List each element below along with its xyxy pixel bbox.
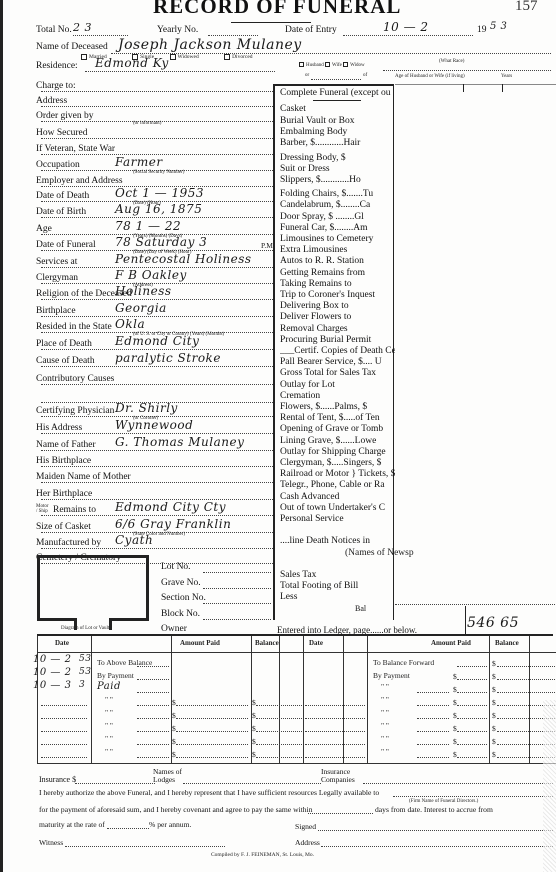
field-value[interactable]: Georgia	[115, 301, 167, 315]
ledger-desc-field[interactable]	[137, 679, 169, 680]
amount-paid-field[interactable]	[457, 666, 487, 667]
amount-paid-field[interactable]	[457, 692, 487, 693]
ditto-mark: " "	[381, 695, 389, 704]
field-label: Size of Casket	[36, 522, 91, 532]
charge-item[interactable]: Clergyman, $.....Singers, $	[280, 458, 395, 468]
ledger-desc-field[interactable]	[417, 744, 449, 745]
ditto-mark: " "	[381, 734, 389, 743]
field-value[interactable]: Holiness	[115, 284, 172, 298]
motor-ship-prefix: Motor / Ship	[36, 504, 50, 514]
ditto-mark: " "	[105, 747, 113, 756]
days-field[interactable]	[308, 813, 373, 814]
field-value[interactable]: F B Oakley	[115, 268, 187, 282]
field-label: How Secured	[36, 128, 87, 138]
lot-diagram	[37, 555, 149, 621]
interest-rate-field[interactable]	[107, 828, 149, 829]
field-label: Occupation	[36, 160, 80, 170]
ledger-desc-field[interactable]	[417, 692, 449, 693]
field-label: Maiden Name of Mother	[36, 472, 131, 482]
amount-paid-field[interactable]	[457, 705, 487, 706]
currency-symbol: $	[492, 750, 496, 759]
spouse-of-label: of	[363, 73, 367, 78]
age-spouse-label: Age of Husband or Wife (if living)	[395, 74, 465, 79]
field-input-line[interactable]	[41, 299, 273, 300]
divorced-checkbox[interactable]: Divorced	[224, 54, 252, 60]
charges-header: Complete Funeral (except ou	[280, 88, 395, 98]
lodges-field[interactable]	[183, 783, 321, 784]
amount-paid-field[interactable]	[457, 679, 487, 680]
diagram-caption: Diagram of Lot or Vault	[61, 626, 109, 631]
charge-item[interactable]: Flowers, $......Palms, $	[280, 402, 395, 412]
signature-field[interactable]	[318, 830, 553, 831]
ditto-mark: " "	[381, 708, 389, 717]
amount-paid-field[interactable]	[176, 731, 248, 732]
balance-field[interactable]	[256, 731, 302, 732]
charge-item[interactable]: Lining Grave, $......Lowe	[280, 436, 395, 446]
charge-item[interactable]: Gross Total for Sales Tax	[280, 368, 395, 378]
amount-paid-field[interactable]	[176, 718, 248, 719]
right-date-field[interactable]	[305, 718, 365, 719]
ledger-column-header: Date	[55, 639, 69, 647]
field-value[interactable]: Edmond City	[115, 334, 199, 348]
field-input-line[interactable]	[41, 316, 273, 317]
balance-total-value[interactable]: 546 65	[467, 615, 519, 631]
charge-item[interactable]: Casket	[280, 104, 395, 114]
address-field[interactable]	[321, 846, 553, 847]
date-of-entry-value[interactable]: 10 — 2	[383, 20, 429, 34]
ditto-mark: " "	[105, 708, 113, 717]
field-label: If Veteran, State War	[36, 144, 115, 154]
ledger-desc-field[interactable]	[417, 705, 449, 706]
ledger-date-field[interactable]	[41, 705, 87, 706]
ledger-year[interactable]: 53	[79, 667, 91, 677]
field-note: (Social Security Number)	[133, 170, 184, 175]
address-label: Address	[295, 838, 320, 847]
currency-symbol: $	[492, 672, 496, 681]
ditto-mark: " "	[105, 734, 113, 743]
charge-item[interactable]: Slippers, $............Ho	[280, 175, 395, 185]
right-date-field[interactable]	[305, 731, 365, 732]
charge-item[interactable]: Door Spray, $ ........Gl	[280, 212, 395, 222]
balance-field[interactable]	[497, 692, 555, 693]
field-input-line[interactable]	[41, 450, 273, 451]
right-date-field[interactable]	[305, 757, 365, 758]
amount-paid-field[interactable]	[176, 705, 248, 706]
lot-field-input[interactable]	[203, 588, 271, 589]
yearly-no-label: Yearly No.	[157, 25, 198, 35]
companies-label: Insurance Companies	[321, 768, 376, 784]
ledger-desc-field[interactable]	[137, 718, 169, 719]
insurance-label: Insurance $	[39, 775, 76, 784]
scan-artifact	[543, 700, 556, 872]
field-value[interactable]: Wynnewood	[115, 418, 193, 432]
payment-text: for the payment of aforesaid sum, and I …	[39, 805, 313, 814]
balance-field[interactable]	[256, 705, 302, 706]
field-input-line[interactable]	[41, 384, 273, 385]
what-race-note: (What Race)	[439, 59, 464, 64]
field-label: Order given by	[36, 111, 94, 121]
ledger-column-line	[303, 636, 304, 764]
charges-box: Complete Funeral (except ou CasketBurial…	[273, 84, 394, 620]
field-label: Services at	[36, 257, 77, 267]
currency-symbol: $	[492, 698, 496, 707]
charge-item[interactable]: Less	[280, 592, 395, 602]
ledger-column-header: Balance	[495, 639, 519, 647]
charge-item[interactable]: Candelabrum, $........Ca	[280, 200, 395, 210]
compiled-by: Compiled by F. J. FEINEMAN, St. Louis, M…	[211, 852, 314, 858]
balance-field[interactable]	[256, 718, 302, 719]
charge-item[interactable]: Outlay for Lot	[280, 380, 395, 390]
charge-item[interactable]: Folding Chairs, $.......Tu	[280, 189, 395, 199]
field-input-line[interactable]	[41, 433, 273, 434]
currency-symbol: $	[492, 737, 496, 746]
spouse-options: Husband Wife Widow	[299, 62, 365, 68]
field-value[interactable]: Okla	[115, 317, 145, 331]
field-label: Contributory Causes	[36, 374, 114, 384]
ditto-mark: " "	[105, 721, 113, 730]
page-number: 157	[515, 0, 538, 15]
ledger-column-line	[367, 636, 368, 764]
field-value[interactable]: G. Thomas Mulaney	[115, 435, 244, 449]
field-input-line[interactable]	[41, 106, 273, 107]
charge-item[interactable]: Railroad or Motor } Tickets, $	[280, 469, 395, 479]
ditto-mark: " "	[381, 747, 389, 756]
widow-checkbox[interactable]: Widow	[343, 63, 365, 68]
field-label: Place of Death	[36, 339, 92, 349]
field-label: Date of Death	[36, 191, 89, 201]
charge-item[interactable]: ....line Death Notices in	[280, 536, 395, 546]
field-input-line[interactable]	[41, 366, 273, 367]
lot-field-input[interactable]	[203, 603, 271, 604]
charge-item[interactable]: Telegr., Phone, Cable or Ra	[280, 480, 395, 490]
ledger-bottom-line	[37, 763, 556, 764]
ledger-year[interactable]: 53	[79, 654, 91, 664]
field-label: Resided in the State	[36, 322, 112, 332]
name-of-deceased-value[interactable]: Joseph Jackson Mulaney	[118, 37, 302, 53]
charge-item[interactable]: Sales Tax	[280, 570, 395, 580]
ledger-column-header: Balance	[255, 639, 279, 647]
maturity-text: maturity at the rate of	[39, 820, 105, 829]
charge-item[interactable]: Outlay for Shipping Charge	[280, 447, 395, 457]
charge-item[interactable]: Opening of Grave or Tomb	[280, 424, 395, 434]
charge-item[interactable]: Funeral Car, $........Am	[280, 223, 395, 233]
field-input-line[interactable]	[41, 217, 273, 218]
charge-item[interactable]: Rental of Tent, $.....of Ten	[280, 413, 395, 423]
field-label: Charge to:	[36, 81, 76, 91]
right-date-field[interactable]	[305, 744, 365, 745]
ledger-date[interactable]: 10 — 2	[33, 667, 71, 678]
currency-symbol: $	[492, 724, 496, 733]
ledger-description: To Balance Forward	[373, 658, 434, 667]
ledger-description: By Payment	[97, 671, 134, 680]
charge-item[interactable]: Embalming Body	[280, 127, 395, 137]
field-input-line[interactable]	[41, 482, 273, 483]
field-label: Age	[36, 224, 52, 234]
field-value[interactable]: Pentecostal Holiness	[115, 252, 252, 266]
charge-item[interactable]: Barber, $............Hair	[280, 138, 395, 148]
charge-item[interactable]: Removal Charges	[280, 324, 395, 334]
field-value[interactable]: Farmer	[115, 155, 163, 169]
total-no-value[interactable]: 2 3	[73, 21, 92, 34]
charge-item[interactable]: Taking Remains to	[280, 279, 395, 289]
amount-paid-field[interactable]	[457, 744, 487, 745]
amount-paid-field[interactable]	[457, 718, 487, 719]
charge-item[interactable]: Limousines to Cemetery	[280, 234, 395, 244]
charge-item[interactable]: Dressing Body, $	[280, 153, 395, 163]
lot-field-input[interactable]	[203, 619, 271, 620]
charge-item[interactable]: ___Certif. Copies of Death Ce	[280, 346, 395, 356]
companies-field[interactable]	[363, 783, 553, 784]
witness-label: Witness	[39, 838, 63, 847]
days-text: days from date. Interest to accrue from	[375, 805, 493, 814]
payment-ledger: DateAmount PaidBalanceDateAmount PaidBal…	[37, 636, 556, 764]
signed-label: Signed	[295, 822, 316, 831]
field-value[interactable]: Cyath	[115, 533, 153, 547]
wife-checkbox[interactable]: Wife	[325, 63, 342, 68]
field-label: Name of Father	[36, 440, 96, 450]
field-value[interactable]: 78 1 — 22	[115, 219, 181, 233]
ledger-description: Paid	[97, 681, 121, 692]
field-input-line[interactable]	[41, 515, 273, 516]
date-of-entry-label: Date of Entry	[285, 25, 337, 35]
field-label: Date of Funeral	[36, 240, 96, 250]
widowed-checkbox[interactable]: Widowed	[170, 54, 199, 60]
field-label: Date of Birth	[36, 207, 86, 217]
ledger-date-field[interactable]	[41, 718, 87, 719]
field-label: Manufactured by	[36, 538, 101, 548]
total-no-label: Total No.	[36, 25, 72, 35]
lot-field-label: Block No.	[161, 609, 200, 619]
lot-field-label: Section No.	[161, 593, 206, 603]
field-value[interactable]: 78 Saturday 3	[115, 235, 207, 249]
lodges-label: Names of Lodges	[153, 768, 193, 784]
charge-item[interactable]: Cash Advanced	[280, 492, 395, 502]
yearly-no-field[interactable]	[208, 35, 258, 36]
lot-field-label: Lot No.	[161, 562, 191, 572]
charge-item[interactable]: Burial Vault or Box	[280, 116, 395, 126]
ledger-desc-field[interactable]	[137, 692, 169, 693]
ditto-mark: " "	[381, 721, 389, 730]
per-annum-text: % per annum.	[149, 820, 191, 829]
currency-symbol: $	[492, 659, 496, 668]
firm-note: (Firm Name of Funeral Directors.)	[409, 799, 478, 804]
field-label: His Address	[36, 423, 82, 433]
charge-item[interactable]: Suit or Dress	[280, 164, 395, 174]
charge-item[interactable]: Personal Service	[280, 514, 395, 524]
field-label: Her Birthplace	[36, 489, 92, 499]
spouse-or-label: or	[305, 73, 309, 78]
residence-value[interactable]: Edmond Ky	[95, 56, 169, 70]
ledger-column-header: Date	[309, 639, 323, 647]
ledger-date-field[interactable]	[41, 744, 87, 745]
amount-paid-field[interactable]	[176, 744, 248, 745]
amount-paid-field[interactable]	[457, 757, 487, 758]
balance-field[interactable]	[497, 666, 555, 667]
ledger-header-divider	[37, 652, 556, 653]
charge-item[interactable]: Extra Limousines	[280, 245, 395, 255]
charge-item[interactable]: Out of town Undertaker's C	[280, 503, 395, 513]
ditto-mark: " "	[105, 695, 113, 704]
field-input-line[interactable]	[41, 91, 273, 92]
field-label: His Birthplace	[36, 456, 91, 466]
field-input-line[interactable]	[41, 466, 273, 467]
field-note: (or informant)	[133, 121, 161, 126]
charge-item[interactable]: (Names of Newsp	[345, 548, 460, 558]
firm-name-field[interactable]	[393, 796, 553, 797]
right-date-field[interactable]	[305, 705, 365, 706]
currency-symbol: $	[492, 711, 496, 720]
field-value[interactable]: paralytic Stroke	[115, 351, 221, 365]
lot-field-input[interactable]	[203, 572, 271, 573]
ledger-date[interactable]: 10 — 2	[33, 654, 71, 665]
amount-paid-field[interactable]	[457, 731, 487, 732]
ledger-desc-field[interactable]	[137, 666, 169, 667]
field-label: Birthplace	[36, 306, 76, 316]
charge-item[interactable]: Pall Bearer Service, $.... U	[280, 357, 395, 367]
years-label: Years	[501, 74, 512, 79]
residence-label: Residence:	[36, 61, 78, 71]
authorize-text: I hereby authorize the above Funeral, an…	[39, 788, 379, 797]
ledger-desc-field[interactable]	[137, 731, 169, 732]
form-title: RECORD OF FUNERAL	[153, 0, 401, 19]
ledger-description: By Payment	[373, 671, 410, 680]
ditto-mark: " "	[381, 682, 389, 691]
lot-field-label: Grave No.	[161, 578, 201, 588]
currency-symbol: $	[492, 685, 496, 694]
field-value[interactable]: Edmond City Cty	[115, 500, 226, 514]
ledger-date-field[interactable]	[41, 757, 87, 758]
charge-item[interactable]: Cremation	[280, 391, 395, 401]
funeral-record-page: RECORD OF FUNERAL 157 Total No. 2 3 Year…	[0, 0, 556, 872]
field-value[interactable]: Dr. Shirly	[115, 401, 178, 415]
balance-field[interactable]	[497, 679, 555, 680]
year-prefix: 19	[477, 25, 487, 35]
field-value[interactable]: Oct 1 — 1953	[115, 186, 204, 200]
name-of-deceased-label: Name of Deceased	[36, 42, 108, 52]
insurance-field[interactable]	[75, 783, 155, 784]
field-label: Address	[36, 96, 67, 106]
charge-item[interactable]: Autos to R. R. Station	[280, 256, 395, 266]
ledger-desc-field[interactable]	[417, 731, 449, 732]
ledger-desc-field[interactable]	[417, 757, 449, 758]
charge-item[interactable]: Procuring Burial Permit	[280, 335, 395, 345]
field-input-line[interactable]	[41, 349, 273, 350]
charge-item[interactable]: Getting Remains from	[280, 268, 395, 278]
charge-item[interactable]: Trip to Coroner's Inquest	[280, 290, 395, 300]
lot-field-label: Owner	[161, 624, 187, 634]
field-input-line[interactable]	[41, 548, 273, 549]
title-underline	[231, 22, 311, 23]
field-label: Employer and Address	[36, 176, 123, 186]
ledger-date[interactable]: 10 — 3	[33, 680, 71, 691]
ledger-year[interactable]: 3	[79, 680, 85, 690]
field-label: Clergyman	[36, 273, 78, 283]
ledger-desc-field[interactable]	[417, 718, 449, 719]
field-label: Cause of Death	[36, 356, 95, 366]
field-value[interactable]: Aug 16, 1875	[115, 202, 202, 216]
balance-field[interactable]	[256, 757, 302, 758]
husband-checkbox[interactable]: Husband	[299, 63, 324, 68]
year-value[interactable]: 5 3	[490, 21, 507, 32]
ledger-date-field[interactable]	[41, 731, 87, 732]
field-label: Certifying Physician	[36, 406, 114, 416]
ledger-desc-field[interactable]	[137, 757, 169, 758]
field-value[interactable]: 6/6 Gray Franklin	[115, 517, 231, 531]
ledger-desc-field[interactable]	[137, 705, 169, 706]
field-label: Remains to	[53, 505, 96, 515]
field-input-line[interactable]	[41, 138, 273, 139]
ledger-column-header: Amount Paid	[431, 639, 471, 647]
witness-field[interactable]	[65, 846, 225, 847]
charge-item[interactable]: Total Footing of Bill	[280, 581, 395, 591]
ledger-column-line	[489, 636, 490, 764]
charge-item[interactable]: Delivering Box to	[280, 301, 395, 311]
balance-field[interactable]	[256, 744, 302, 745]
charge-item[interactable]: Deliver Flowers to	[280, 312, 395, 322]
amount-paid-field[interactable]	[176, 757, 248, 758]
ledger-desc-field[interactable]	[137, 744, 169, 745]
ledger-column-header: Amount Paid	[180, 639, 220, 647]
